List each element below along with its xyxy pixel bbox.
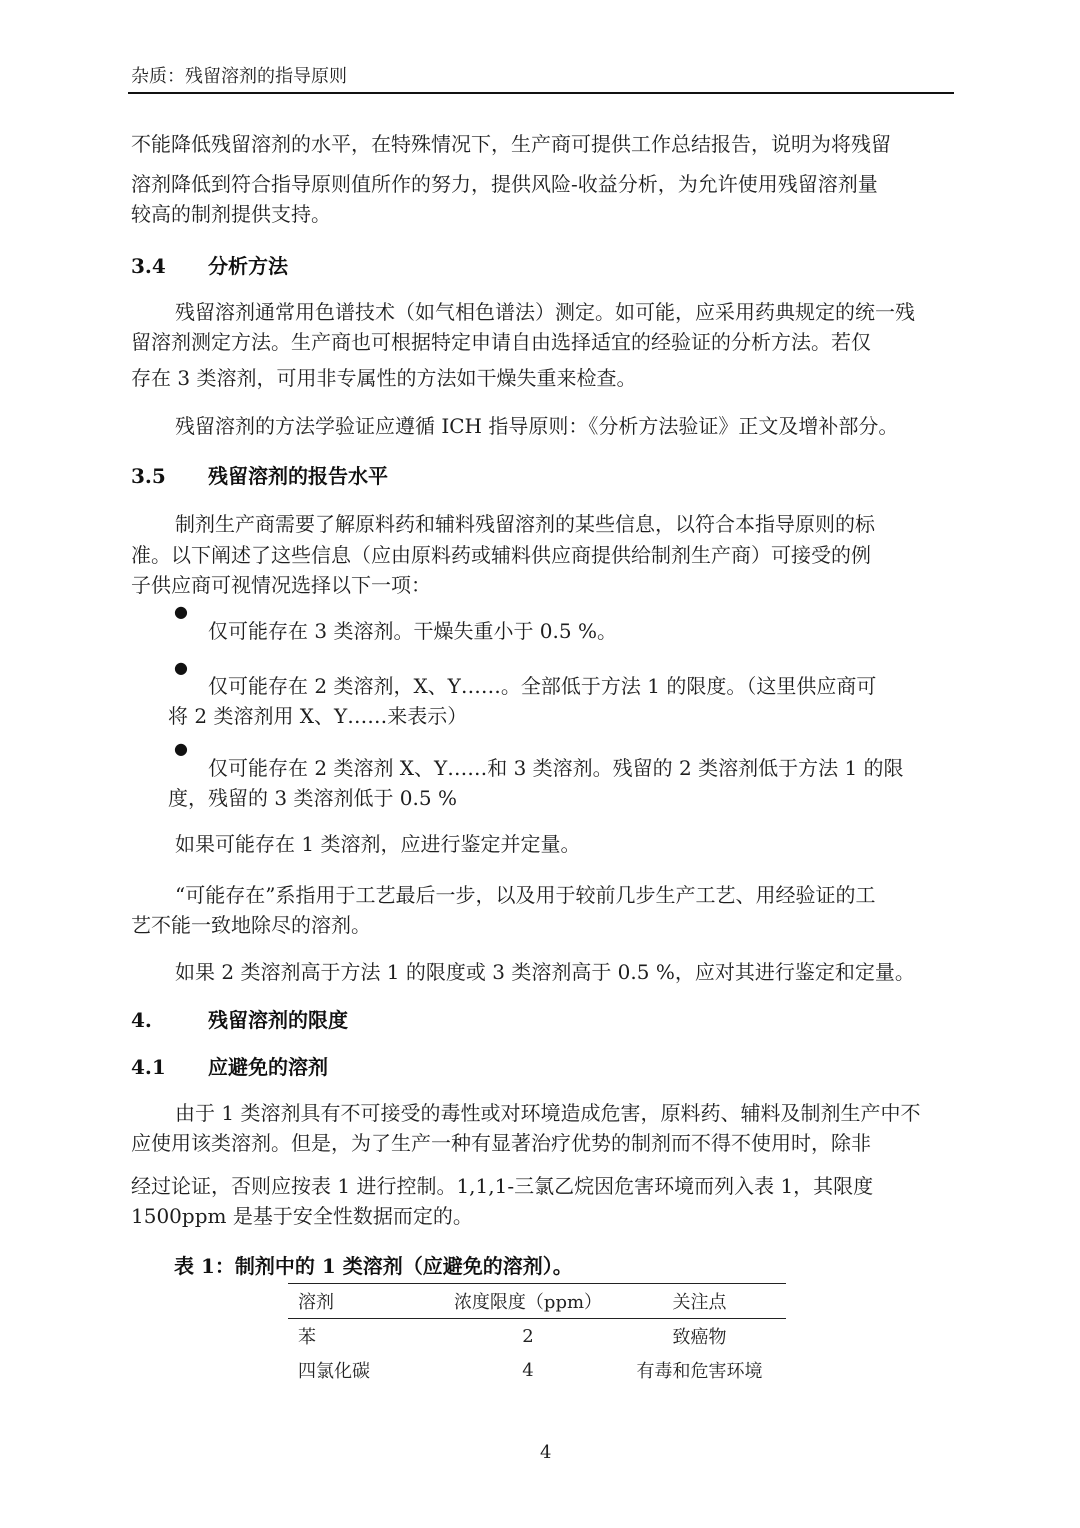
s41-p1-line-2: 应使用该类溶剂。但是，为了生产一种有显著治疗优势的制剂而不得不使用时，除非 xyxy=(131,1125,871,1161)
section-title: 残留溶剂的报告水平 xyxy=(208,464,388,488)
bullet-3-line-2: 度，残留的 3 类溶剂低于 0.5 % xyxy=(168,780,457,816)
table-row: 四氯化碳 4 有毒和危害环境 xyxy=(288,1353,786,1387)
section-number: 4. xyxy=(131,1008,208,1032)
column-header: 浓度限度（ppm） xyxy=(443,1288,613,1314)
table-cell: 四氯化碳 xyxy=(288,1357,443,1383)
s34-p1-line-3: 存在 3 类溶剂，可用非专属性的方法如干燥失重来检查。 xyxy=(131,360,636,396)
s34-p2: 残留溶剂的方法学验证应遵循 ICH 指导原则：《分析方法验证》正文及增补部分。 xyxy=(175,408,898,444)
table-cell: 有毒和危害环境 xyxy=(613,1357,786,1383)
table-header-row: 溶剂 浓度限度（ppm） 关注点 xyxy=(288,1284,786,1318)
section-title: 分析方法 xyxy=(208,254,288,278)
s34-p1-line-2: 留溶剂测定方法。生产商也可根据特定申请自由选择适宜的经验证的分析方法。若仅 xyxy=(131,324,871,360)
s35-p2: 如果可能存在 1 类溶剂，应进行鉴定并定量。 xyxy=(175,826,580,862)
table-cell: 2 xyxy=(443,1326,613,1347)
intro-line-3: 较高的制剂提供支持。 xyxy=(131,196,331,232)
bullet-icon: ● xyxy=(174,602,188,621)
intro-line-1: 不能降低残留溶剂的水平，在特殊情况下，生产商可提供工作总结报告，说明为将残留 xyxy=(131,126,891,162)
solvent-table: 溶剂 浓度限度（ppm） 关注点 苯 2 致癌物 四氯化碳 4 有毒和危害环境 xyxy=(288,1283,786,1387)
page-number: 4 xyxy=(540,1442,551,1463)
section-title: 应避免的溶剂 xyxy=(208,1055,328,1079)
section-title: 残留溶剂的限度 xyxy=(208,1008,348,1032)
section-number: 4.1 xyxy=(131,1055,208,1079)
s35-p4: 如果 2 类溶剂高于方法 1 的限度或 3 类溶剂高于 0.5 %，应对其进行鉴… xyxy=(175,954,915,990)
column-header: 溶剂 xyxy=(288,1288,443,1314)
bullet-1-line-1: 仅可能存在 3 类溶剂。干燥失重小于 0.5 %。 xyxy=(208,613,617,649)
section-heading-3-4: 3.4分析方法 xyxy=(131,250,288,279)
bullet-icon: ● xyxy=(174,658,188,677)
s41-p1-line-4: 1500ppm 是基于安全性数据而定的。 xyxy=(131,1198,473,1234)
bullet-icon: ● xyxy=(174,739,188,758)
section-heading-3-5: 3.5残留溶剂的报告水平 xyxy=(131,460,388,489)
table-caption: 表 1：制剂中的 1 类溶剂（应避免的溶剂）。 xyxy=(174,1250,573,1279)
section-heading-4: 4.残留溶剂的限度 xyxy=(131,1004,348,1033)
table-row: 苯 2 致癌物 xyxy=(288,1319,786,1353)
section-number: 3.4 xyxy=(131,254,208,278)
s35-p3-line-2: 艺不能一致地除尽的溶剂。 xyxy=(131,907,371,943)
table-cell: 苯 xyxy=(288,1323,443,1349)
table-cell: 致癌物 xyxy=(613,1323,786,1349)
header-divider xyxy=(128,92,954,94)
running-header: 杂质：残留溶剂的指导原则 xyxy=(131,62,347,88)
column-header: 关注点 xyxy=(613,1288,786,1314)
bullet-2-line-2: 将 2 类溶剂用 X、Y……来表示） xyxy=(168,698,467,734)
table-cell: 4 xyxy=(443,1360,613,1381)
section-number: 3.5 xyxy=(131,464,208,488)
s35-p1-line-3: 子供应商可视情况选择以下一项： xyxy=(131,567,431,603)
section-heading-4-1: 4.1应避免的溶剂 xyxy=(131,1051,328,1080)
